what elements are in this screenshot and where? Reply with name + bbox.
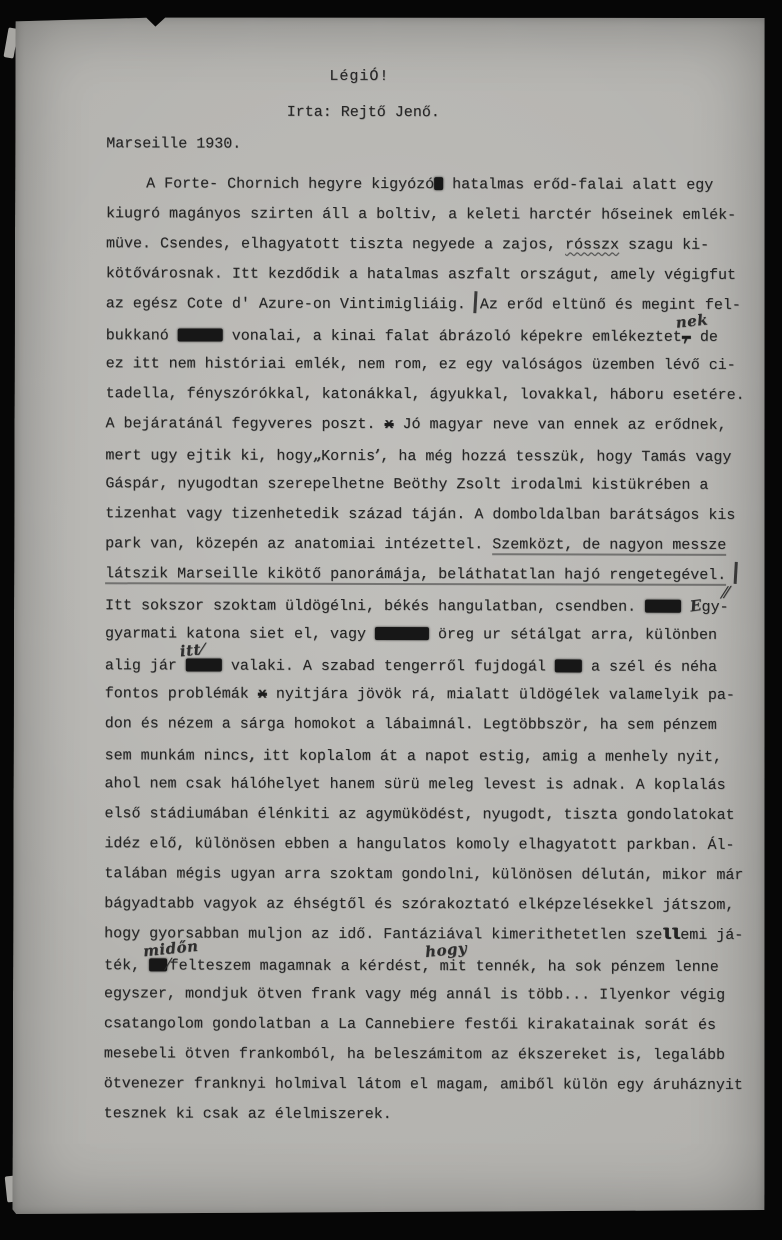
typescript-line: tadella, fényszórókkal, katonákkal, ágyu… (15, 379, 767, 411)
typescript-line: A bejáratánál fegyveres poszt. x Jó magy… (14, 409, 766, 441)
typed-text: Gáspár, nyugodtan szerepelhetne Beöthy Z… (105, 475, 708, 494)
typed-text: kiugró magányos szirten áll a boltiv, a … (106, 205, 736, 224)
typed-text: ték, (104, 957, 149, 974)
struck-text: x (385, 416, 394, 433)
ink-blot (186, 658, 222, 671)
typescript-line: kiugró magányos szirten áll a boltiv, a … (15, 199, 767, 231)
typed-text: nyitjára jövök rá, mialatt üldögélek val… (267, 686, 735, 704)
typed-text: tesznek ki csak az élelmiszerek. (104, 1105, 392, 1123)
typescript-line: ték, midőn⁄felteszem magamnak a kérdést,… (13, 949, 765, 981)
typed-text: bágyadtabb vagyok az éhségtől és szórako… (104, 895, 734, 914)
typed-text: A bejáratánál fegyveres poszt. (105, 415, 384, 433)
handwritten-mark: E (688, 590, 703, 621)
typescript-line: egyszer, mondjuk ötven frank vagy még an… (13, 979, 765, 1011)
handwritten-mark: „ (310, 439, 323, 470)
typed-text: A Forte- Chornich hegyre kigyózó (146, 175, 434, 193)
typed-text: mit tennék, ha sok pénzem lenne (431, 958, 719, 976)
typed-text: szagu ki- (619, 237, 709, 254)
typed-text: ötvenezer franknyi holmival látom el mag… (104, 1075, 743, 1094)
typescript-line: don és nézem a sárga homokot a lábaimnál… (14, 709, 766, 741)
typescript-body: A Forte- Chornich hegyre kigyózó hatalma… (13, 169, 768, 1131)
typescript-line: fontos problémák x nyitjára jövök rá, mi… (14, 679, 766, 711)
pencil-underlined-text: látszik Marseille kikötő panorámája, bel… (105, 565, 726, 586)
typescript-line: talában mégis ugyan arra szoktam gondoln… (13, 859, 765, 891)
document-scan: { "colors": { "page_bg": "#b5b4b0", "ink… (0, 0, 782, 1240)
byline: Irta: Rejtő Jenő. (0, 97, 739, 129)
typed-text: Jó magyar neve van ennek az erődnek, (394, 416, 727, 434)
typed-text: fontos problémák (105, 685, 258, 702)
typed-text: vonalai, a kinai falat ábrázoló képekre … (223, 328, 682, 346)
typescript-line: Itt sokszor szoktam üldögélni, békés han… (14, 589, 766, 621)
ink-blot (149, 958, 167, 971)
ink-blot (375, 626, 429, 639)
typed-text: gyarmati katona siet el, vagy (105, 625, 375, 643)
typed-text: az egész Cote d' Azure-on Vintimigliáig. (106, 295, 466, 313)
typescript-line: ez itt nem históriai emlék, nem rom, ez … (15, 349, 767, 381)
typescript-line: hogy gyorsabban muljon az idő. Fantáziáv… (13, 919, 765, 951)
typed-text: idéz elő, különösen ebben a hangulatos k… (104, 835, 734, 854)
typescript-line: Gáspár, nyugodtan szerepelhetne Beöthy Z… (14, 469, 766, 501)
ink-blot (555, 659, 582, 672)
overtyped-text: ll (662, 927, 680, 944)
typescript-page: LégiÓ! Irta: Rejtő Jenő. Marseille 1930.… (12, 16, 767, 1216)
margin-stroke-mark (734, 562, 738, 584)
typed-text: , ha még hozzá tesszük, hogy Tamás vagy (380, 448, 731, 466)
typescript-line: müve. Csendes, elhagyatott tiszta negyed… (15, 229, 767, 261)
ink-blot (178, 328, 223, 341)
typed-text: emi já- (680, 927, 743, 944)
typed-text: öreg ur sétálgat arra, különben (429, 626, 717, 644)
typescript-line: park van, közepén az anatomiai intézette… (14, 529, 766, 561)
typescript-line: mesebeli ötven frankomból, ha beleszámit… (13, 1039, 765, 1071)
typed-text: müve. Csendes, elhagyatott tiszta negyed… (106, 235, 565, 253)
typed-text: de (691, 329, 718, 346)
dateline: Marseille 1930. (15, 129, 782, 161)
struck-text: x (258, 686, 267, 703)
typescript-line: tizenhat vagy tizenhetedik század táján.… (14, 499, 766, 531)
typed-text: Kornis (321, 448, 375, 465)
typed-text: don és nézem a sárga homokot a lábaimnál… (105, 715, 717, 734)
typed-text: valaki. A szabad tengerről fujdogál (222, 658, 555, 676)
typescript-line: első stádiumában élénkiti az agymüködést… (13, 799, 765, 831)
pencil-squiggle-underlined-text: rósszx (565, 236, 619, 253)
typescript-line: gyarmati katona siet el, vagy öreg ur sé… (14, 619, 766, 651)
typescript-line: sem munkám nincs, itt koplalom át a napo… (14, 739, 766, 771)
typed-text: első stádiumában élénkiti az agymüködést… (104, 805, 734, 824)
typed-text: mesebeli ötven frankomból, ha beleszámit… (104, 1045, 725, 1064)
typed-text: mert ugy ejtik ki, hogy (105, 447, 312, 465)
typed-text: Itt sokszor szoktam üldögélni, békés han… (105, 597, 645, 615)
typed-text: tizenhat vagy tizenhetedik század táján.… (105, 505, 735, 524)
typed-text: itt koplalom át a napot estig, amig a me… (254, 748, 722, 766)
typed-text: csatangolom gondolatban a La Cannebiere … (104, 1015, 716, 1034)
typed-text: bukkanó (106, 327, 178, 344)
typed-text: kötővárosnak. Itt kezdődik a hatalmas as… (106, 265, 736, 284)
typescript-line: csatangolom gondolatban a La Cannebiere … (13, 1009, 765, 1041)
typed-text: talában mégis ugyan arra szoktam gondoln… (104, 865, 743, 884)
typescript-line: bágyadtabb vagyok az éhségtől és szórako… (13, 889, 765, 921)
typescript-line: mert ugy ejtik ki, hogy„Kornis’, ha még … (14, 439, 766, 471)
pencil-underlined-text: Szemközt, de nagyon messze (492, 536, 726, 556)
ink-blot (434, 177, 443, 190)
typed-text: a szél és néha (582, 659, 717, 676)
typed-text: hatalmas erőd-falai alatt egy (443, 176, 713, 194)
typescript-line: kötővárosnak. Itt kezdődik a hatalmas as… (15, 259, 767, 291)
typescript-line: bukkanó vonalai, a kinai falat ábrázoló … (15, 319, 767, 351)
typescript-line: ötvenezer franknyi holmival látom el mag… (13, 1069, 765, 1101)
typescript-line: alig jár itt⁄ valaki. A szabad tengerről… (14, 649, 766, 681)
typed-text: egyszer, mondjuk ötven frank vagy még an… (104, 985, 725, 1004)
typescript-line: idéz elő, különösen ebben a hangulatos k… (13, 829, 765, 861)
struck-text: , (682, 329, 691, 346)
typed-text: sem munkám nincs (105, 747, 249, 764)
margin-stroke-mark (473, 291, 477, 313)
page-title: LégiÓ! (0, 61, 735, 93)
typed-text: tadella, fényszórókkal, katonákkal, ágyu… (106, 385, 745, 404)
typed-text: ahol nem csak hálóhelyet hanem sürü mele… (105, 775, 726, 794)
typescript-line: ahol nem csak hálóhelyet hanem sürü mele… (14, 769, 766, 801)
typed-text: park van, közepén az anatomiai intézette… (105, 535, 492, 553)
typed-text: felteszem magamnak a kérdést, (170, 957, 431, 975)
typed-text: ez itt nem históriai emlék, nem rom, ez … (106, 355, 736, 374)
ink-blot (645, 599, 681, 612)
typescript-line: A Forte- Chornich hegyre kigyózó hatalma… (15, 169, 767, 201)
typescript-line: látszik Marseille kikötő panorámája, bel… (14, 559, 766, 591)
typescript-line: tesznek ki csak az élelmiszerek. (13, 1099, 765, 1131)
typescript-line: az egész Cote d' Azure-on Vintimigliáig.… (15, 289, 767, 321)
typed-text: alig jár (105, 657, 186, 674)
